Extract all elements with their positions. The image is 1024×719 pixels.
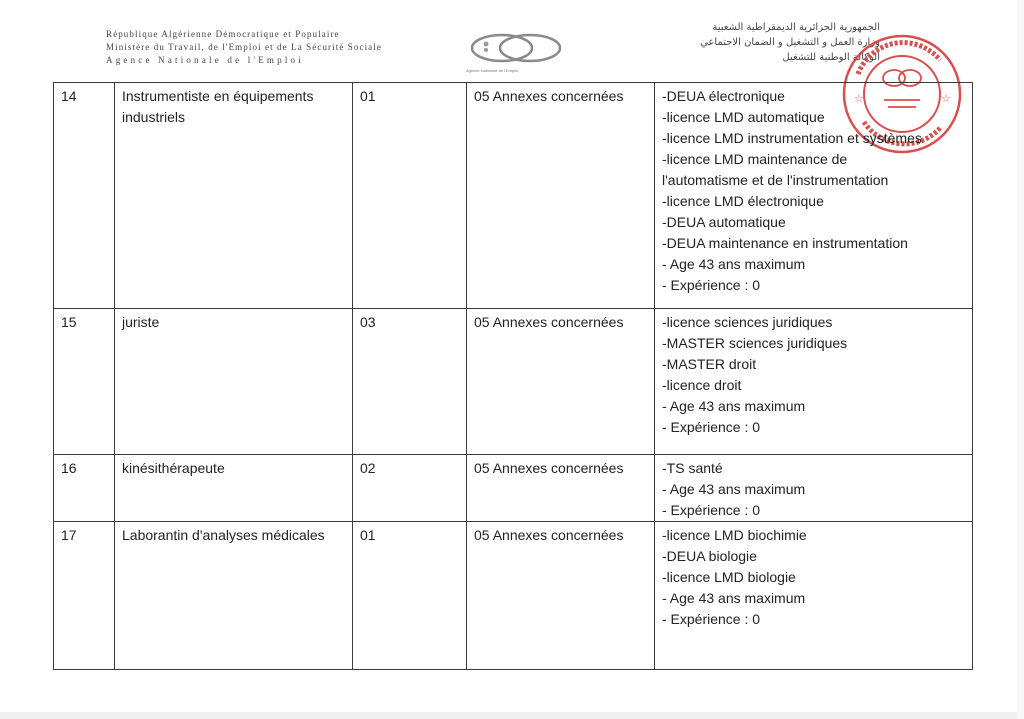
- table-row: 17 Laborantin d'analyses médicales 01 05…: [54, 522, 973, 670]
- requirement-item: -licence LMD maintenance de: [662, 149, 966, 170]
- requirement-item: - Expérience : 0: [662, 609, 966, 630]
- row-number: 14: [54, 83, 115, 309]
- requirement-item: -licence LMD automatique: [662, 107, 966, 128]
- table-row: 16 kinésithérapeute 02 05 Annexes concer…: [54, 455, 973, 522]
- page-right-edge: [1017, 0, 1024, 719]
- row-number: 17: [54, 522, 115, 670]
- logo-caption: Agence Nationale de l'Emploi: [466, 68, 518, 73]
- arabic-letterhead: الجمهورية الجزائرية الديمقراطية الشعبية …: [580, 20, 880, 65]
- post-location: 05 Annexes concernées: [467, 455, 655, 522]
- row-number: 16: [54, 455, 115, 522]
- requirement-item: -licence sciences juridiques: [662, 312, 966, 333]
- post-title: juriste: [115, 309, 353, 455]
- requirement-item: -DEUA maintenance en instrumentation: [662, 233, 966, 254]
- page-bottom-edge: [0, 712, 1024, 719]
- post-requirements: -DEUA électronique-licence LMD automatiq…: [655, 83, 973, 309]
- requirement-item: -licence LMD instrumentation et systèmes: [662, 128, 966, 149]
- requirement-item: -MASTER droit: [662, 354, 966, 375]
- requirement-item: -licence LMD électronique: [662, 191, 966, 212]
- requirement-item: - Expérience : 0: [662, 275, 966, 296]
- requirement-item: -MASTER sciences juridiques: [662, 333, 966, 354]
- post-location: 05 Annexes concernées: [467, 309, 655, 455]
- post-title: Instrumentiste en équipements industriel…: [115, 83, 353, 309]
- post-title: kinésithérapeute: [115, 455, 353, 522]
- requirement-item: -DEUA biologie: [662, 546, 966, 567]
- job-offers-table: 14 Instrumentiste en équipements industr…: [53, 82, 973, 670]
- post-location: 05 Annexes concernées: [467, 522, 655, 670]
- letterhead-line-agency: Agence Nationale de l'Emploi: [106, 54, 382, 67]
- post-location: 05 Annexes concernées: [467, 83, 655, 309]
- table-row: 14 Instrumentiste en équipements industr…: [54, 83, 973, 309]
- requirement-item: - Expérience : 0: [662, 417, 966, 438]
- table-row: 15 juriste 03 05 Annexes concernées -lic…: [54, 309, 973, 455]
- requirement-item: -DEUA électronique: [662, 86, 966, 107]
- post-title: Laborantin d'analyses médicales: [115, 522, 353, 670]
- requirement-item: - Age 43 ans maximum: [662, 588, 966, 609]
- post-count: 01: [353, 83, 467, 309]
- arabic-line-republic: الجمهورية الجزائرية الديمقراطية الشعبية: [580, 20, 880, 35]
- letterhead-line-republic: République Algérienne Démocratique et Po…: [106, 28, 382, 41]
- arabic-line-ministry: وزارة العمل و التشغيل و الضمان الاجتماعي: [580, 35, 880, 50]
- requirement-item: - Age 43 ans maximum: [662, 396, 966, 417]
- requirement-item: -licence LMD biologie: [662, 567, 966, 588]
- post-count: 03: [353, 309, 467, 455]
- arabic-line-agency: الوكالة الوطنية للتشغيل: [580, 50, 880, 65]
- requirement-item: - Age 43 ans maximum: [662, 254, 966, 275]
- row-number: 15: [54, 309, 115, 455]
- post-requirements: -licence LMD biochimie-DEUA biologie-lic…: [655, 522, 973, 670]
- post-count: 01: [353, 522, 467, 670]
- requirement-item: l'automatisme et de l'instrumentation: [662, 170, 966, 191]
- requirement-item: - Expérience : 0: [662, 500, 966, 521]
- post-requirements: -TS santé- Age 43 ans maximum- Expérienc…: [655, 455, 973, 522]
- post-count: 02: [353, 455, 467, 522]
- french-letterhead: République Algérienne Démocratique et Po…: [106, 28, 382, 67]
- requirement-item: -licence droit: [662, 375, 966, 396]
- requirement-item: - Age 43 ans maximum: [662, 479, 966, 500]
- post-requirements: -licence sciences juridiques-MASTER scie…: [655, 309, 973, 455]
- requirement-item: -TS santé: [662, 458, 966, 479]
- requirement-item: -licence LMD biochimie: [662, 525, 966, 546]
- letterhead-line-ministry: Ministère du Travail, de l'Emploi et de …: [106, 41, 382, 54]
- requirement-item: -DEUA automatique: [662, 212, 966, 233]
